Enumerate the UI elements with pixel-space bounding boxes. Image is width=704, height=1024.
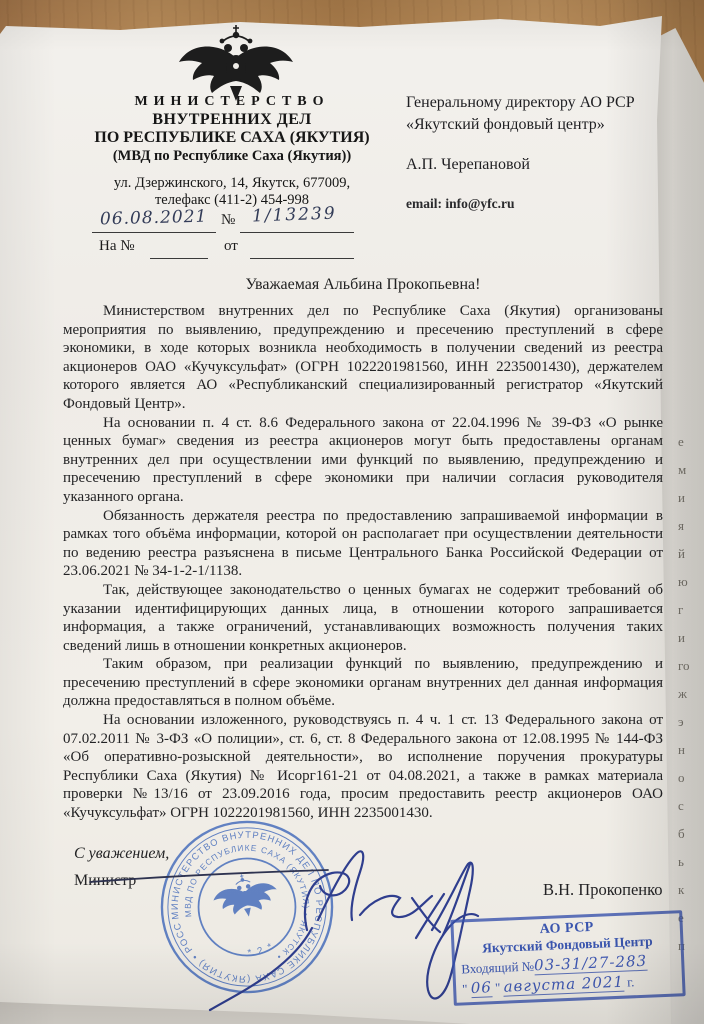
paragraph-2: На основании п. 4 ст. 8.6 Федерального з… xyxy=(63,414,663,507)
addressee-line2: «Якутский фондовый центр» xyxy=(406,114,674,136)
quote-open: " xyxy=(462,981,468,996)
incoming-stamp: АО РСР Якутский Фондовый Центр Входящий … xyxy=(450,910,685,1006)
letterhead-block: МИНИСТЕРСТВО ВНУТРЕННИХ ДЕЛ ПО РЕСПУБЛИК… xyxy=(52,94,412,209)
reply-from-label: от xyxy=(224,238,238,255)
addressee-line1: Генеральному директору АО РСР xyxy=(406,92,674,114)
paragraph-6: На основании изложенного, руководствуясь… xyxy=(63,711,663,823)
mvd-eagle-emblem-icon xyxy=(175,24,297,106)
letter-body: Министерством внутренних дел по Республи… xyxy=(63,302,663,823)
year-suffix: г. xyxy=(627,974,635,989)
signer-name: В.Н. Прокопенко xyxy=(543,880,663,900)
addressee-name: А.П. Черепановой xyxy=(406,156,530,174)
letterhead-address: ул. Дзержинского, 14, Якутск, 677009, xyxy=(52,175,412,192)
quote-close: " xyxy=(495,980,501,995)
letterhead-telefax: телефакс (411-2) 454-998 xyxy=(52,192,412,209)
incoming-month-handwritten: августа 2021 xyxy=(503,973,624,997)
paragraph-5: Таким образом, при реализации функций по… xyxy=(63,655,663,711)
paragraph-4: Так, действующее законодательство о ценн… xyxy=(63,581,663,655)
ministry-name-line2: ВНУТРЕННИХ ДЕЛ xyxy=(52,111,412,129)
reply-date-underline xyxy=(250,258,354,259)
addressee-email: email: info@yfc.ru xyxy=(406,196,515,212)
addressee-block: Генеральному директору АО РСР «Якутский … xyxy=(406,92,674,136)
ministry-name-line4: (МВД по Республике Саха (Якутия)) xyxy=(52,148,412,165)
number-underline xyxy=(240,232,354,233)
paragraph-3: Обязанность держателя реестра по предост… xyxy=(63,507,663,581)
incoming-day-handwritten: 06 xyxy=(470,978,492,998)
number-sign: № xyxy=(221,212,235,229)
incoming-number-label: Входящий № xyxy=(461,958,534,976)
reply-number-underline xyxy=(150,258,208,259)
ministry-name-line3: ПО РЕСПУБЛИКЕ САХА (ЯКУТИЯ) xyxy=(52,129,412,147)
reply-to-label: На № xyxy=(99,238,135,255)
second-page-text-fragments: е м и я й ю г и го ж э н о с б ь к е п xyxy=(678,428,702,960)
outgoing-date-handwritten: 06.08.2021 xyxy=(100,207,208,230)
outgoing-number-handwritten: 1/13239 xyxy=(252,204,337,227)
minister-signature xyxy=(60,820,500,1024)
paragraph-1: Министерством внутренних дел по Республи… xyxy=(63,302,663,414)
photographed-letter-scene: е м и я й ю г и го ж э н о с б ь к е п М… xyxy=(0,0,704,1024)
salutation: Уважаемая Альбина Прокопьевна! xyxy=(63,276,663,294)
date-underline xyxy=(92,232,216,233)
